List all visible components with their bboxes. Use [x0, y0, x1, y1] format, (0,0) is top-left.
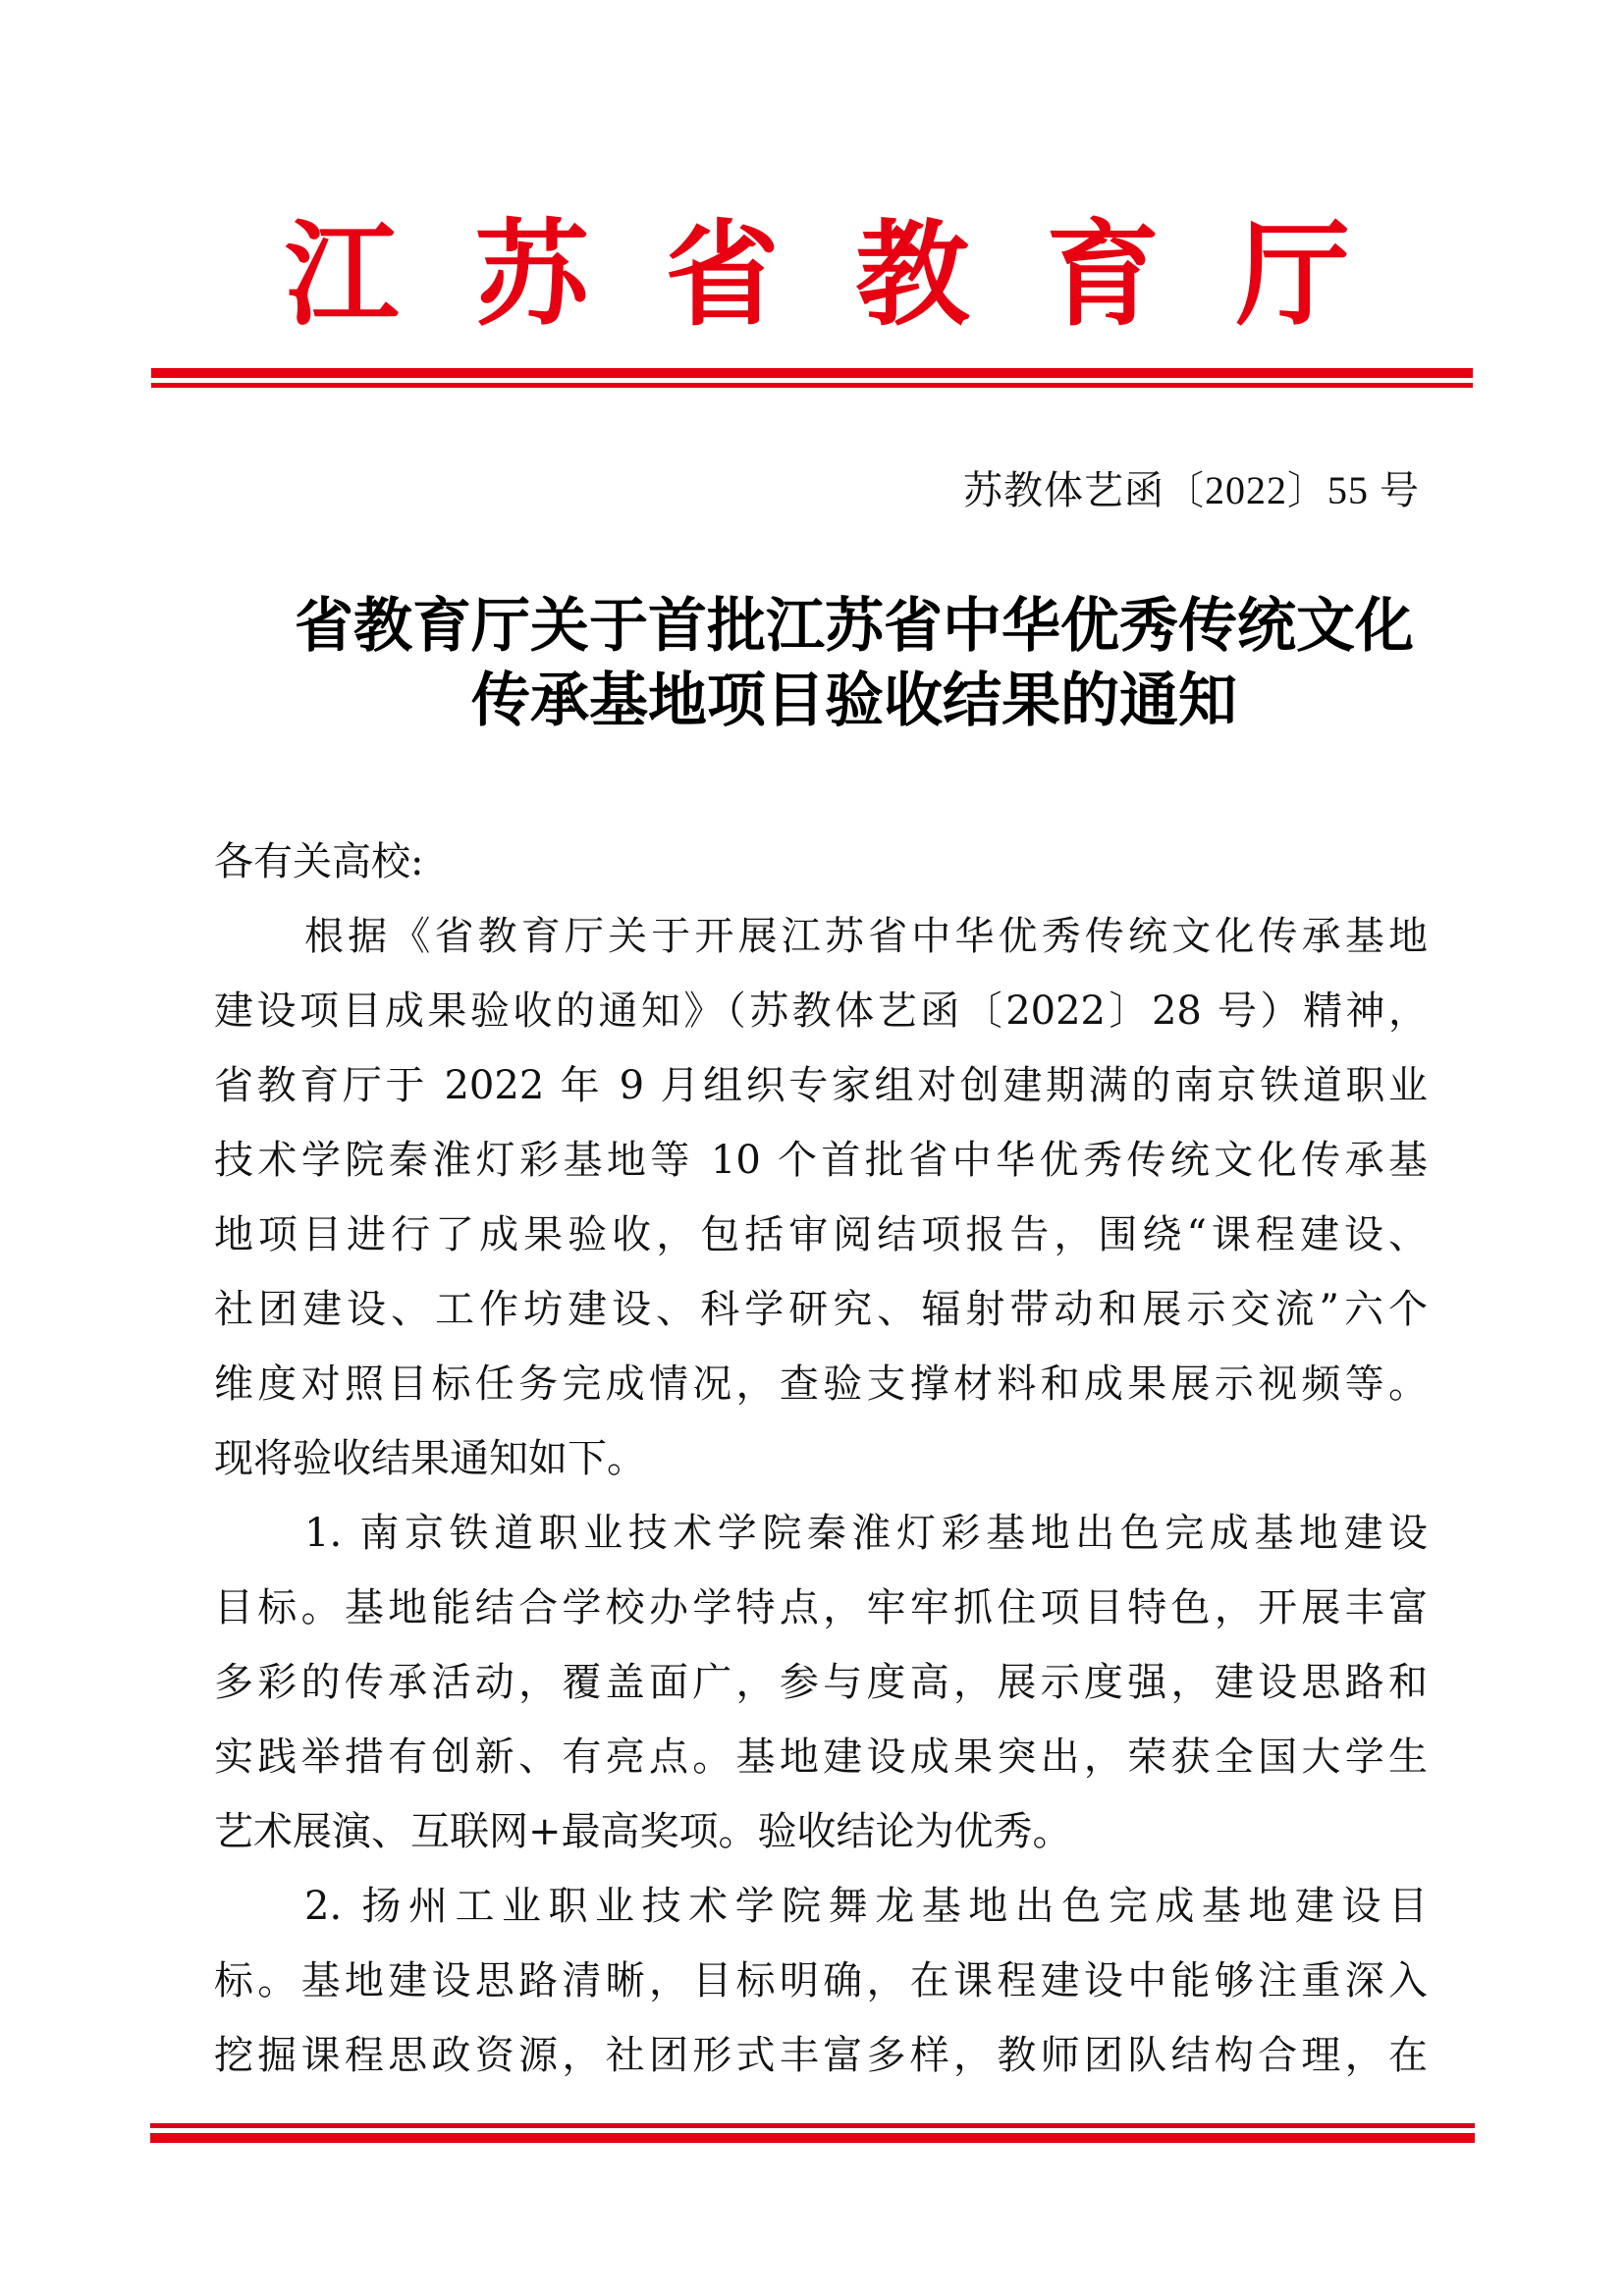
- body-line: 维度对照目标任务完成情况，查验支撑材料和成果展示视频等。: [214, 1347, 1428, 1421]
- result-item-1: 1. 南京铁道职业技术学院秦淮灯彩基地出色完成基地建设: [214, 1496, 1428, 1571]
- header-divider-thin: [151, 383, 1473, 388]
- body-line: 根据《省教育厅关于开展江苏省中华优秀传统文化传承基地: [214, 899, 1428, 974]
- document-title: 省教育厅关于首批江苏省中华优秀传统文化 传承基地项目验收结果的通知: [236, 589, 1473, 738]
- document-page: 江 苏 省 教 育 厅 苏教体艺函〔2022〕55 号 省教育厅关于首批江苏省中…: [0, 0, 1624, 2296]
- document-number: 苏教体艺函〔2022〕55 号: [963, 459, 1420, 515]
- letterhead-char: 教: [855, 218, 969, 332]
- body-line: 多彩的传承活动，覆盖面广，参与度高，展示度强，建设思路和: [214, 1645, 1428, 1720]
- body-line: 目标。基地能结合学校办学特点，牢牢抓住项目特色，开展丰富: [214, 1571, 1428, 1645]
- letterhead-char: 苏: [475, 218, 589, 332]
- letterhead-char: 育: [1046, 218, 1160, 332]
- body-line: 挖掘课程思政资源，社团形式丰富多样，教师团队结构合理，在: [214, 2018, 1428, 2093]
- header-divider-thick: [151, 368, 1473, 378]
- body-line: 技术学院秦淮灯彩基地等 10 个首批省中华优秀传统文化传承基: [214, 1123, 1428, 1198]
- body-line: 实践举措有创新、有亮点。基地建设成果突出，荣获全国大学生: [214, 1720, 1428, 1794]
- letterhead-char: 厅: [1236, 218, 1350, 332]
- body-line: 社团建设、工作坊建设、科学研究、辐射带动和展示交流”六个: [214, 1272, 1428, 1347]
- footer-divider-thin: [150, 2123, 1475, 2128]
- body-line: 艺术展演、互联网+最高奖项。验收结论为优秀。: [214, 1794, 1428, 1869]
- body-line: 现将验收结果通知如下。: [214, 1421, 1428, 1496]
- result-item-2: 2. 扬州工业职业技术学院舞龙基地出色完成基地建设目: [214, 1869, 1428, 1944]
- title-line: 传承基地项目验收结果的通知: [236, 664, 1473, 738]
- document-body: 各有关高校: 根据《省教育厅关于开展江苏省中华优秀传统文化传承基地 建设项目成果…: [214, 825, 1428, 2093]
- body-line: 省教育厅于 2022 年 9 月组织专家组对创建期满的南京铁道职业: [214, 1048, 1428, 1123]
- body-line: 建设项目成果验收的通知》（苏教体艺函〔2022〕28 号）精神，: [214, 974, 1428, 1048]
- organization-letterhead: 江 苏 省 教 育 厅: [147, 201, 1483, 348]
- footer-divider-thick: [150, 2133, 1475, 2143]
- body-line: 标。基地建设思路清晰，目标明确，在课程建设中能够注重深入: [214, 1944, 1428, 2018]
- salutation: 各有关高校:: [214, 825, 1428, 899]
- body-line: 地项目进行了成果验收，包括审阅结项报告，围绕“课程建设、: [214, 1198, 1428, 1272]
- letterhead-char: 江: [285, 218, 399, 332]
- title-line: 省教育厅关于首批江苏省中华优秀传统文化: [236, 589, 1473, 664]
- letterhead-char: 省: [666, 218, 780, 332]
